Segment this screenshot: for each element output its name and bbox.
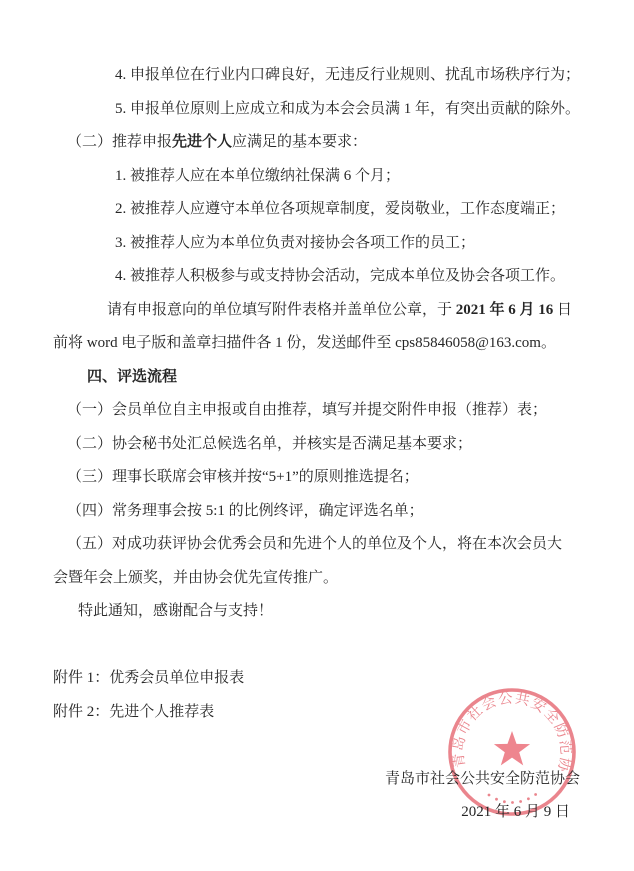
subsection-2-post: 应满足的基本要求： — [232, 134, 367, 150]
blank-line — [53, 729, 580, 763]
requirement-unit-item-5: 5. 申报单位原则上应成立和成为本会会员满 1 年，有突出贡献的除外。 — [53, 93, 580, 127]
attachment-1: 附件 1：优秀会员单位申报表 — [53, 662, 580, 696]
requirement-unit-item-4: 4. 申报单位在行业内口碑良好，无违反行业规则、扰乱市场秩序行为； — [53, 59, 580, 93]
requirement-person-item-2: 2. 被推荐人应遵守本单位各项规章制度，爱岗敬业，工作态度端正； — [53, 193, 580, 227]
subsection-2-bold-term: 先进个人 — [172, 134, 232, 150]
document-page: 青岛市社会公共安全防范协会 4. 申报单位在行业内口碑良好，无违反行业规则、扰乱… — [0, 0, 634, 871]
deadline-date: 2021 年 6 月 16 — [456, 302, 554, 318]
process-step-5-line-2: 会暨年会上颁奖，并由协会优先宣传推广。 — [53, 562, 580, 596]
deadline-date-suffix: 日 — [553, 302, 572, 318]
process-step-4: （四）常务理事会按 5:1 的比例终评，确定评选名单； — [53, 495, 580, 529]
process-step-5-line-1: （五）对成功获评协会优秀会员和先进个人的单位及个人，将在本次会员大 — [53, 528, 580, 562]
document-body: 4. 申报单位在行业内口碑良好，无违反行业规则、扰乱市场秩序行为； 5. 申报单… — [0, 0, 634, 830]
closing-note: 特此通知，感谢配合与支持！ — [53, 595, 580, 629]
process-step-2: （二）协会秘书处汇总候选名单，并核实是否满足基本要求； — [53, 428, 580, 462]
deadline-text: 请有申报意向的单位填写附件表格并盖单位公章，于 — [107, 302, 456, 318]
requirement-person-item-3: 3. 被推荐人应为本单位负责对接协会各项工作的员工； — [53, 227, 580, 261]
deadline-paragraph-line-1: 请有申报意向的单位填写附件表格并盖单位公章，于 2021 年 6 月 16 日 — [53, 294, 580, 328]
signature-org: 青岛市社会公共安全防范协会 — [53, 763, 580, 797]
attachment-2: 附件 2：先进个人推荐表 — [53, 696, 580, 730]
process-step-3: （三）理事长联席会审核并按“5+1”的原则推选提名； — [53, 461, 580, 495]
subsection-2-pre: （二）推荐申报 — [67, 134, 172, 150]
requirement-person-item-4: 4. 被推荐人积极参与或支持协会活动，完成本单位及协会各项工作。 — [53, 260, 580, 294]
blank-line — [53, 629, 580, 663]
process-step-1: （一）会员单位自主申报或自由推荐，填写并提交附件申报（推荐）表； — [53, 394, 580, 428]
deadline-paragraph-line-2: 前将 word 电子版和盖章扫描件各 1 份，发送邮件至 cps85846058… — [53, 327, 580, 361]
signature-date: 2021 年 6 月 9 日 — [53, 796, 580, 830]
subsection-2-heading: （二）推荐申报先进个人应满足的基本要求： — [53, 126, 580, 160]
section-heading-evaluation-process: 四、评选流程 — [53, 361, 580, 395]
requirement-person-item-1: 1. 被推荐人应在本单位缴纳社保满 6 个月； — [53, 160, 580, 194]
